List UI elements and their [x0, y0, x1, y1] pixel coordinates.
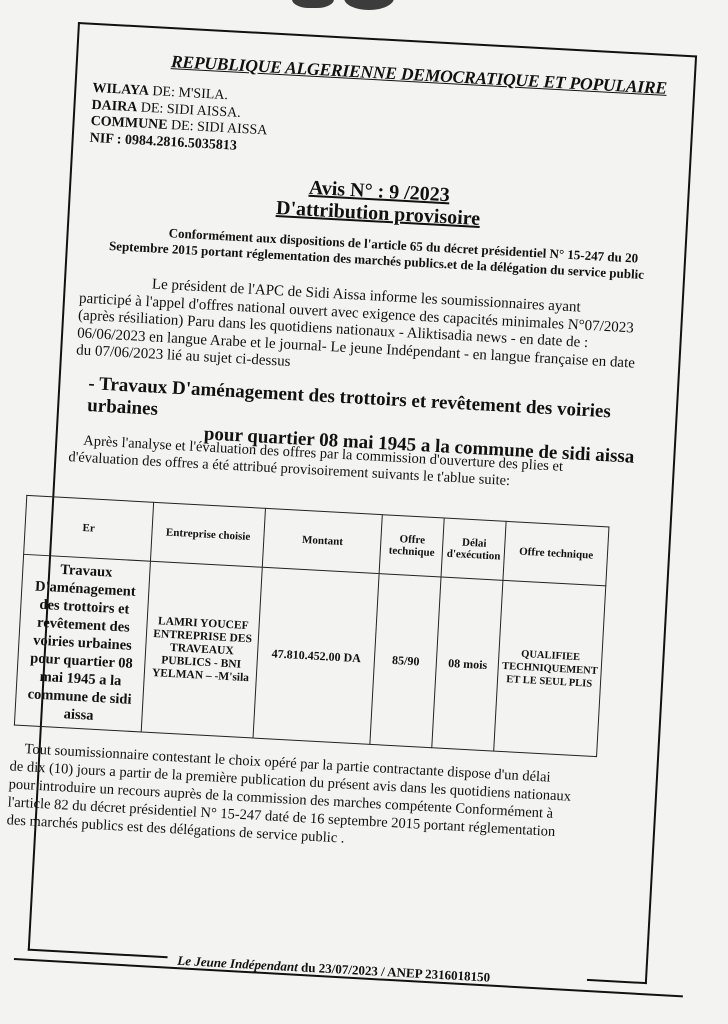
table-row: Travaux D'aménagement des trottoirs et r…: [14, 554, 605, 756]
header-montant: Montant: [262, 508, 382, 573]
cell-delai: 08 mois: [432, 577, 503, 751]
cell-entreprise: LAMRI YOUCEF ENTREPRISE DES TRAVEAUX PUB…: [141, 561, 262, 738]
header-delai: Délai d'exécution: [441, 518, 506, 580]
administrative-header: WILAYA DE: M'SILA. DAIRA DE: SIDI AISSA.…: [89, 81, 269, 156]
daira-label: DAIRA: [91, 97, 138, 114]
cell-montant: 47.810.452.00 DA: [253, 567, 379, 744]
wilaya-label: WILAYA: [92, 81, 149, 99]
cell-note: 85/90: [370, 574, 441, 748]
header-offre-technique: Offre technique: [379, 515, 444, 577]
header-er: Er: [24, 495, 154, 561]
award-table: Er Entreprise choisie Montant Offre tech…: [14, 495, 610, 757]
notice-document: REPUBLIQUE ALGERIENNE DEMOCRATIQUE ET PO…: [28, 22, 697, 984]
header-offre-technique-2: Offre technique: [503, 521, 609, 585]
commune-label: COMMUNE: [90, 114, 168, 133]
scan-artifact: [292, 0, 412, 12]
header-entreprise: Entreprise choisie: [151, 502, 266, 567]
cell-offre: QUALIFIEE TECHNIQUEMENT ET LE SEUL PLIS: [494, 580, 606, 756]
cell-er: Travaux D'aménagement des trottoirs et r…: [14, 554, 150, 732]
